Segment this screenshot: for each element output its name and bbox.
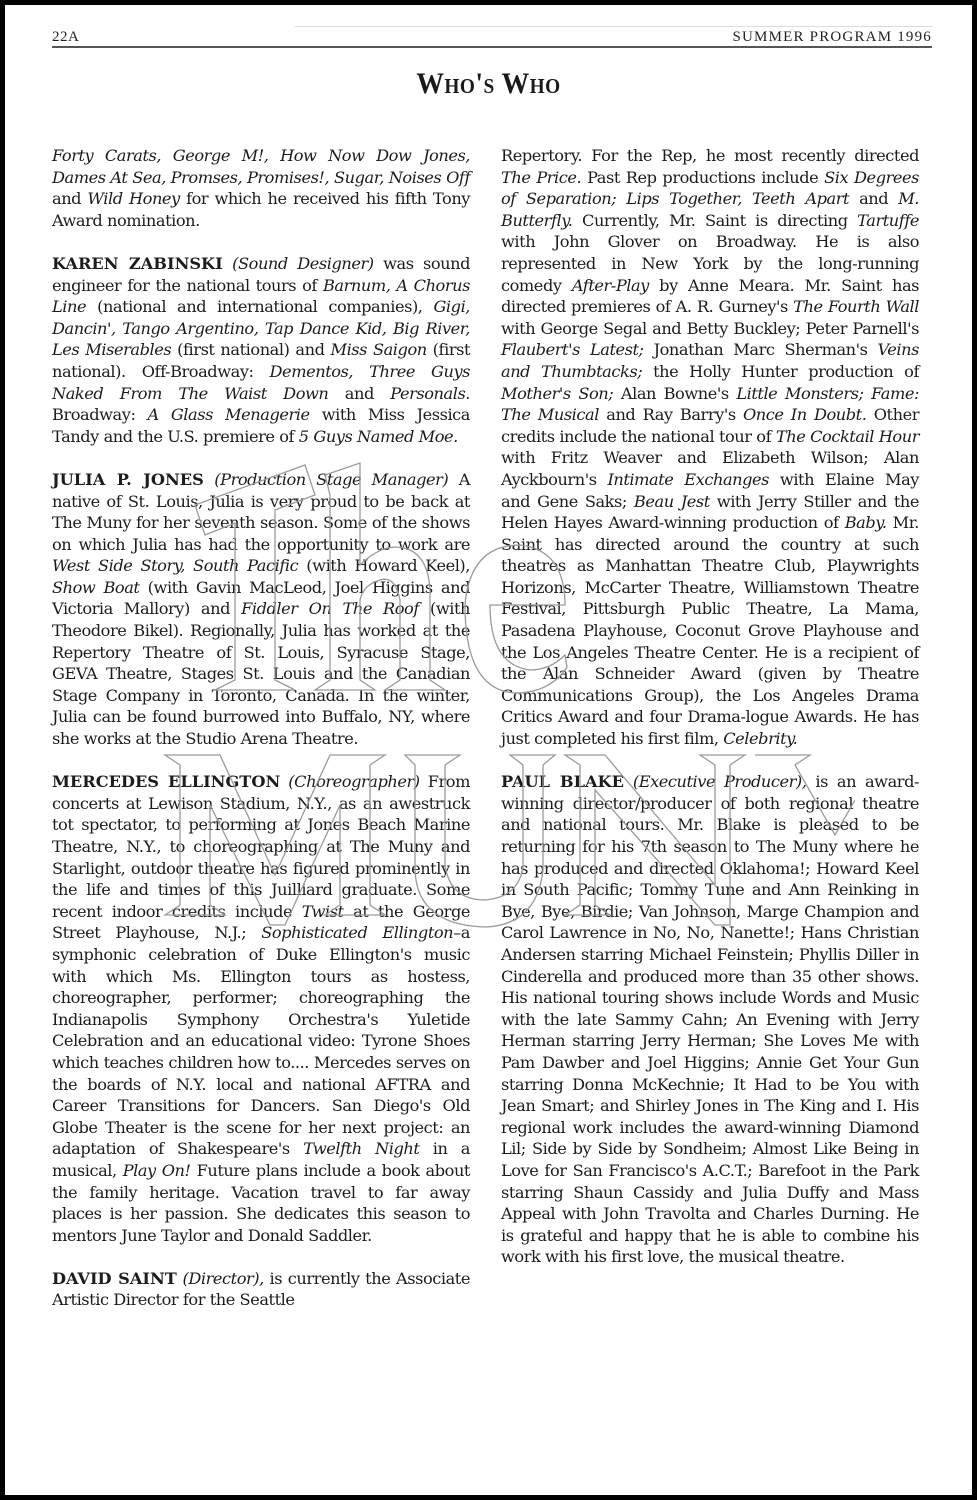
bio-text: and — [849, 189, 898, 208]
left-column: Forty Carats, George M!, How Now Dow Jon… — [52, 145, 470, 1333]
italic-title: 5 Guys Named Moe. — [299, 427, 458, 446]
italic-title: Fiddler On The Roof — [241, 599, 419, 618]
bio-text: (national and international companies), — [86, 297, 433, 316]
right-column: Repertory. For the Rep, he most recently… — [501, 145, 919, 1289]
italic-title: (Sound Designer) — [223, 254, 374, 273]
bio-text: Currently, Mr. Saint is directing — [572, 211, 857, 230]
italic-title: Personals. — [390, 384, 470, 403]
italic-title: Flaubert's Latest; — [501, 340, 644, 359]
bio-entry: KAREN ZABINSKI (Sound Designer) was soun… — [52, 253, 470, 447]
bio-text: Mr. Saint has directed around the countr… — [501, 513, 919, 748]
bio-text: the Holly Hunter production of — [642, 362, 919, 381]
publication-title: SUMMER PROGRAM 1996 — [732, 29, 932, 46]
italic-title: The Cocktail Hour — [776, 427, 919, 446]
bio-text: with George Segal and Betty Buckley; Pet… — [501, 319, 919, 338]
italic-title: The Price. — [501, 168, 581, 187]
header-rule — [52, 46, 932, 48]
italic-title: (Director), — [177, 1269, 264, 1288]
bio-entry: Repertory. For the Rep, he most recently… — [501, 145, 919, 750]
program-page: 22A SUMMER PROGRAM 1996 Who's Who Forty … — [5, 5, 972, 1495]
italic-title: Wild Honey — [87, 189, 179, 208]
bio-text: Repertory. For the Rep, he most recently… — [501, 146, 919, 165]
italic-title: Play On! — [123, 1161, 191, 1180]
person-name: JULIA P. JONES — [52, 470, 204, 489]
bio-text: and Ray Barry's — [599, 405, 743, 424]
person-name: MERCEDES ELLINGTON — [52, 772, 280, 791]
italic-title: Baby. — [845, 513, 887, 532]
italic-title: After-Play — [572, 276, 649, 295]
page-title: Who's Who — [44, 67, 934, 101]
italic-title: (Production Stage Manager) — [204, 470, 448, 489]
italic-title: Mother's Son; — [501, 384, 613, 403]
person-name: KAREN ZABINSKI — [52, 254, 223, 273]
bio-text: and — [52, 189, 87, 208]
italic-title: West Side Story, South Pacific — [52, 556, 298, 575]
page-number: 22A — [52, 29, 79, 46]
bio-text: Alan Bowne's — [613, 384, 736, 403]
person-name: DAVID SAINT — [52, 1269, 177, 1288]
italic-title: Sophisticated Ellington — [261, 923, 453, 942]
bio-text: From concerts at Lewison Stadium, N.Y., … — [52, 772, 470, 921]
bio-entry: PAUL BLAKE (Executive Producer), is an a… — [501, 771, 919, 1268]
italic-title: The Fourth Wall — [793, 297, 919, 316]
bio-text: Past Rep productions include — [581, 168, 824, 187]
bio-text: (with Howard Keel), — [298, 556, 470, 575]
italic-title: (Choreographer) — [280, 772, 419, 791]
bio-entry: Forty Carats, George M!, How Now Dow Jon… — [52, 145, 470, 231]
bio-text: Broadway: — [52, 405, 148, 424]
italic-title: A Glass Menagerie — [148, 405, 310, 424]
bio-text: (with Theodore Bikel). Regionally, Julia… — [52, 599, 470, 748]
italic-title: Twist — [302, 902, 344, 921]
bio-text: and — [328, 384, 390, 403]
italic-title: Intimate Exchanges — [607, 470, 769, 489]
italic-title: Forty Carats, George M!, How Now Dow Jon… — [52, 146, 470, 187]
bio-text: Jonathan Marc Sherman's — [644, 340, 878, 359]
running-header: 22A SUMMER PROGRAM 1996 — [52, 25, 932, 47]
bio-text: –a symphonic celebration of Duke Ellingt… — [52, 923, 470, 1158]
italic-title: Tartuffe — [857, 211, 919, 230]
italic-title: Twelfth Night — [303, 1139, 419, 1158]
italic-title: Miss Saigon — [330, 340, 426, 359]
bio-text: is an award-winning director/producer of… — [501, 772, 919, 1266]
bio-entry: DAVID SAINT (Director), is currently the… — [52, 1268, 470, 1311]
italic-title: (Executive Producer), — [624, 772, 807, 791]
italic-title: Beau Jest — [634, 492, 710, 511]
italic-title: Celebrity. — [723, 729, 797, 748]
bio-entry: JULIA P. JONES (Production Stage Manager… — [52, 469, 470, 750]
bio-text: (first national) and — [171, 340, 330, 359]
person-name: PAUL BLAKE — [501, 772, 624, 791]
bio-entry: MERCEDES ELLINGTON (Choreographer) From … — [52, 771, 470, 1246]
italic-title: Once In Doubt. — [743, 405, 866, 424]
italic-title: Show Boat — [52, 578, 140, 597]
